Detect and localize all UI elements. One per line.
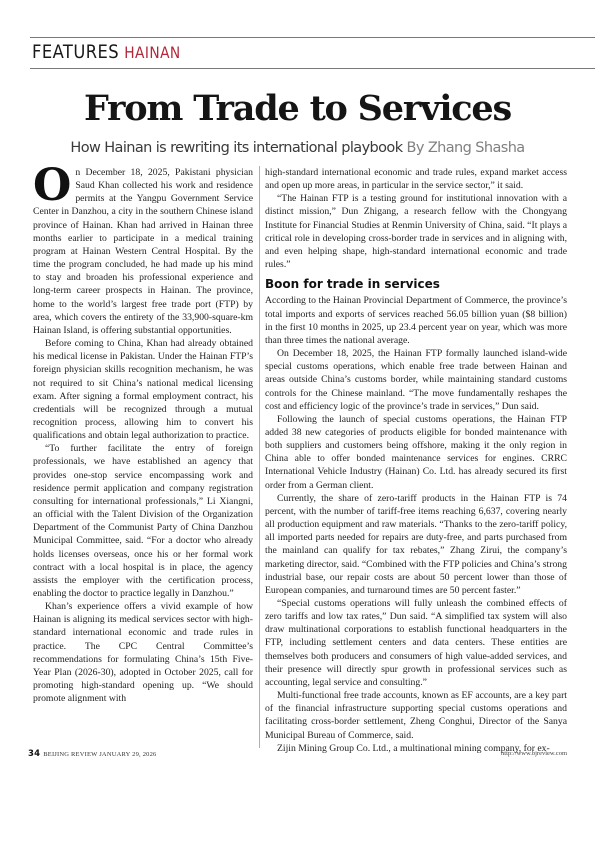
drop-cap: O <box>33 168 71 204</box>
article-deck: How Hainan is rewriting its internationa… <box>0 140 595 156</box>
left-column: On December 18, 2025, Pakistani physicia… <box>33 166 253 705</box>
article-title: From Trade to Services <box>0 88 595 129</box>
right-column: high-standard international economic and… <box>265 166 567 755</box>
paragraph: On December 18, 2025, the Hainan FTP for… <box>265 347 567 413</box>
subheading: Boon for trade in services <box>265 278 567 291</box>
page-footer: 34BEIJING REVIEW JANUARY 29, 2026 <box>28 749 157 759</box>
paragraph: Following the launch of special customs … <box>265 413 567 492</box>
paragraph: Khan’s experience offers a vivid example… <box>33 600 253 705</box>
deck-text: How Hainan is rewriting its internationa… <box>70 140 402 156</box>
paragraph: “Special customs operations will fully u… <box>265 597 567 689</box>
footer-url: http://www.bjreview.com <box>501 750 567 757</box>
paragraph: On December 18, 2025, Pakistani physicia… <box>33 166 253 337</box>
page-number: 34 <box>28 749 40 759</box>
paragraph: Currently, the share of zero-tariff prod… <box>265 492 567 597</box>
column-divider <box>259 166 260 748</box>
section-name: FEATURES <box>32 41 119 63</box>
byline: By Zhang Shasha <box>407 140 525 156</box>
paragraph: Before coming to China, Khan had already… <box>33 337 253 442</box>
top-rule <box>30 37 595 38</box>
section-label: FEATURESHAINAN <box>32 41 181 63</box>
subsection-name: HAINAN <box>124 43 180 62</box>
paragraph: According to the Hainan Provincial Depar… <box>265 294 567 347</box>
paragraph: “To further facilitate the entry of fore… <box>33 442 253 600</box>
publication-info: BEIJING REVIEW JANUARY 29, 2026 <box>43 751 156 758</box>
section-bottom-rule <box>30 68 595 69</box>
paragraph: Multi-functional free trade accounts, kn… <box>265 689 567 742</box>
paragraph: high-standard international economic and… <box>265 166 567 192</box>
paragraph: “The Hainan FTP is a testing ground for … <box>265 192 567 271</box>
